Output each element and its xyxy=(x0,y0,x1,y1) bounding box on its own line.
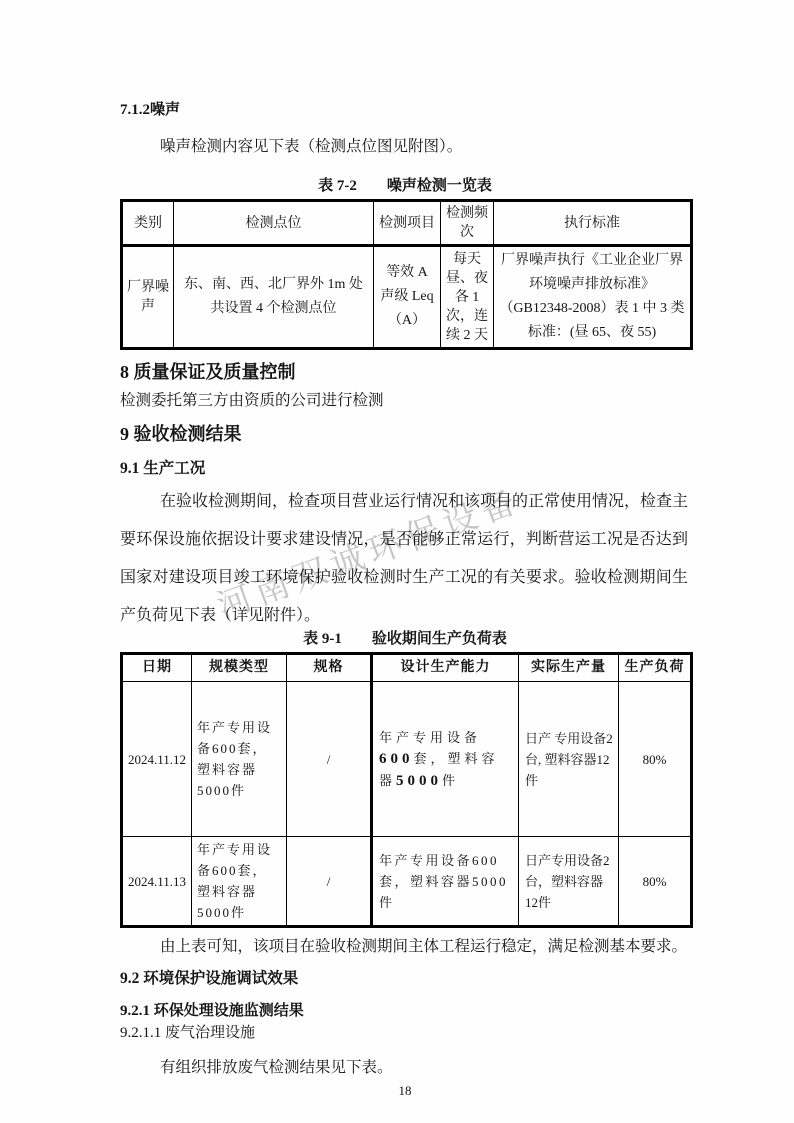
paragraph-noise-intro: 噪声检测内容见下表（检测点位图见附图）。 xyxy=(120,136,688,158)
paragraph-qa: 检测委托第三方由资质的公司进行检测 xyxy=(120,390,688,412)
col-header-load: 生产负荷 xyxy=(619,654,692,682)
col-header-category: 类别 xyxy=(122,201,174,246)
cell-item: 等效 A 声级 Leq（A） xyxy=(374,246,441,349)
col-header-frequency: 检测频次 xyxy=(441,201,494,246)
heading-9-2-1: 9.2.1 环保处理设施监测结果 xyxy=(120,1001,688,1021)
col-header-spec: 规格 xyxy=(287,654,372,682)
cell-date: 2024.11.13 xyxy=(122,837,192,927)
paragraph-exhaust: 有组织排放废气检测结果见下表。 xyxy=(120,1057,688,1079)
cell-design-capacity: 年产专用设备600套，塑料容器5000件 xyxy=(372,682,519,837)
table-9-1-header-row: 日期 规模类型 规格 设计生产能力 实际生产量 生产负荷 xyxy=(122,654,692,682)
design-text-part: 件 xyxy=(442,773,459,788)
cell-spec: / xyxy=(287,837,372,927)
heading-9: 9 验收检测结果 xyxy=(120,422,688,446)
design-bold-number: 600 xyxy=(379,751,414,767)
cell-scale-type: 年产专用设备600套，塑料容器5000件 xyxy=(192,682,287,837)
design-bold-number: 5000 xyxy=(396,773,442,789)
cell-points: 东、南、西、北厂界外 1m 处共设置 4 个检测点位 xyxy=(174,246,374,349)
col-header-points: 检测点位 xyxy=(174,201,374,246)
cell-design-capacity: 年产专用设备600套，塑料容器5000件 xyxy=(372,837,519,927)
paragraph-production-condition: 在验收检测期间，检查项目营业运行情况和该项目的正常使用情况，检查主要环保设施依据… xyxy=(120,483,688,635)
table-7-2-caption-label: 表 7-2 xyxy=(318,178,357,194)
page-content: 7.1.2噪声 噪声检测内容见下表（检测点位图见附图）。 表 7-2噪声检测一览… xyxy=(0,0,794,1099)
heading-9-2: 9.2 环境保护设施调试效果 xyxy=(120,968,688,989)
table-9-1-caption-title: 验收期间生产负荷表 xyxy=(372,631,507,647)
design-text-part: 年产专用设备 xyxy=(379,730,481,745)
cell-load: 80% xyxy=(619,682,692,837)
cell-spec: / xyxy=(287,682,372,837)
col-header-standard: 执行标准 xyxy=(494,201,692,246)
heading-9-2-1-1: 9.2.1.1 废气治理设施 xyxy=(120,1023,688,1043)
col-header-actual-output: 实际生产量 xyxy=(519,654,619,682)
table-7-2-caption: 表 7-2噪声检测一览表 xyxy=(120,176,690,196)
table-9-1-caption-label: 表 9-1 xyxy=(303,631,342,647)
col-header-date: 日期 xyxy=(122,654,192,682)
table-7-2-caption-title: 噪声检测一览表 xyxy=(387,178,492,194)
cell-date: 2024.11.12 xyxy=(122,682,192,837)
col-header-item: 检测项目 xyxy=(374,201,441,246)
table-7-2-header-row: 类别 检测点位 检测项目 检测频次 执行标准 xyxy=(122,201,692,246)
table-9-1: 日期 规模类型 规格 设计生产能力 实际生产量 生产负荷 2024.11.12 … xyxy=(120,652,693,928)
document-page: 河南双诚环保设备 7.1.2噪声 噪声检测内容见下表（检测点位图见附图）。 表 … xyxy=(0,0,794,1123)
cell-actual-output: 日产 专用设备2台, 塑料容器12件 xyxy=(519,682,619,837)
cell-load: 80% xyxy=(619,837,692,927)
table-7-2: 类别 检测点位 检测项目 检测频次 执行标准 厂界噪声 东、南、西、北厂界外 1… xyxy=(120,199,693,350)
page-number: 18 xyxy=(120,1083,690,1099)
cell-standard: 厂界噪声执行《工业企业厂界环境噪声排放标准》（GB12348-2008）表 1 … xyxy=(494,246,692,349)
heading-9-1: 9.1 生产工况 xyxy=(120,458,688,479)
table-row: 2024.11.12 年产专用设备600套，塑料容器5000件 / 年产专用设备… xyxy=(122,682,692,837)
table-7-2-data-row: 厂界噪声 东、南、西、北厂界外 1m 处共设置 4 个检测点位 等效 A 声级 … xyxy=(122,246,692,349)
paragraph-conclusion: 由上表可知，该项目在验收检测期间主体工程运行稳定，满足检测基本要求。 xyxy=(120,936,688,958)
col-header-design-capacity: 设计生产能力 xyxy=(372,654,519,682)
col-header-scale-type: 规模类型 xyxy=(192,654,287,682)
heading-7-1-2: 7.1.2噪声 xyxy=(120,100,688,120)
cell-frequency: 每天昼、夜各 1 次，连续 2 天 xyxy=(441,246,494,349)
heading-8: 8 质量保证及质量控制 xyxy=(120,360,688,384)
cell-category: 厂界噪声 xyxy=(122,246,174,349)
table-row: 2024.11.13 年产专用设备600套，塑料容器5000件 / 年产专用设备… xyxy=(122,837,692,927)
cell-scale-type: 年产专用设备600套，塑料容器5000件 xyxy=(192,837,287,927)
cell-actual-output: 日产专用设备2台，塑料容器12件 xyxy=(519,837,619,927)
